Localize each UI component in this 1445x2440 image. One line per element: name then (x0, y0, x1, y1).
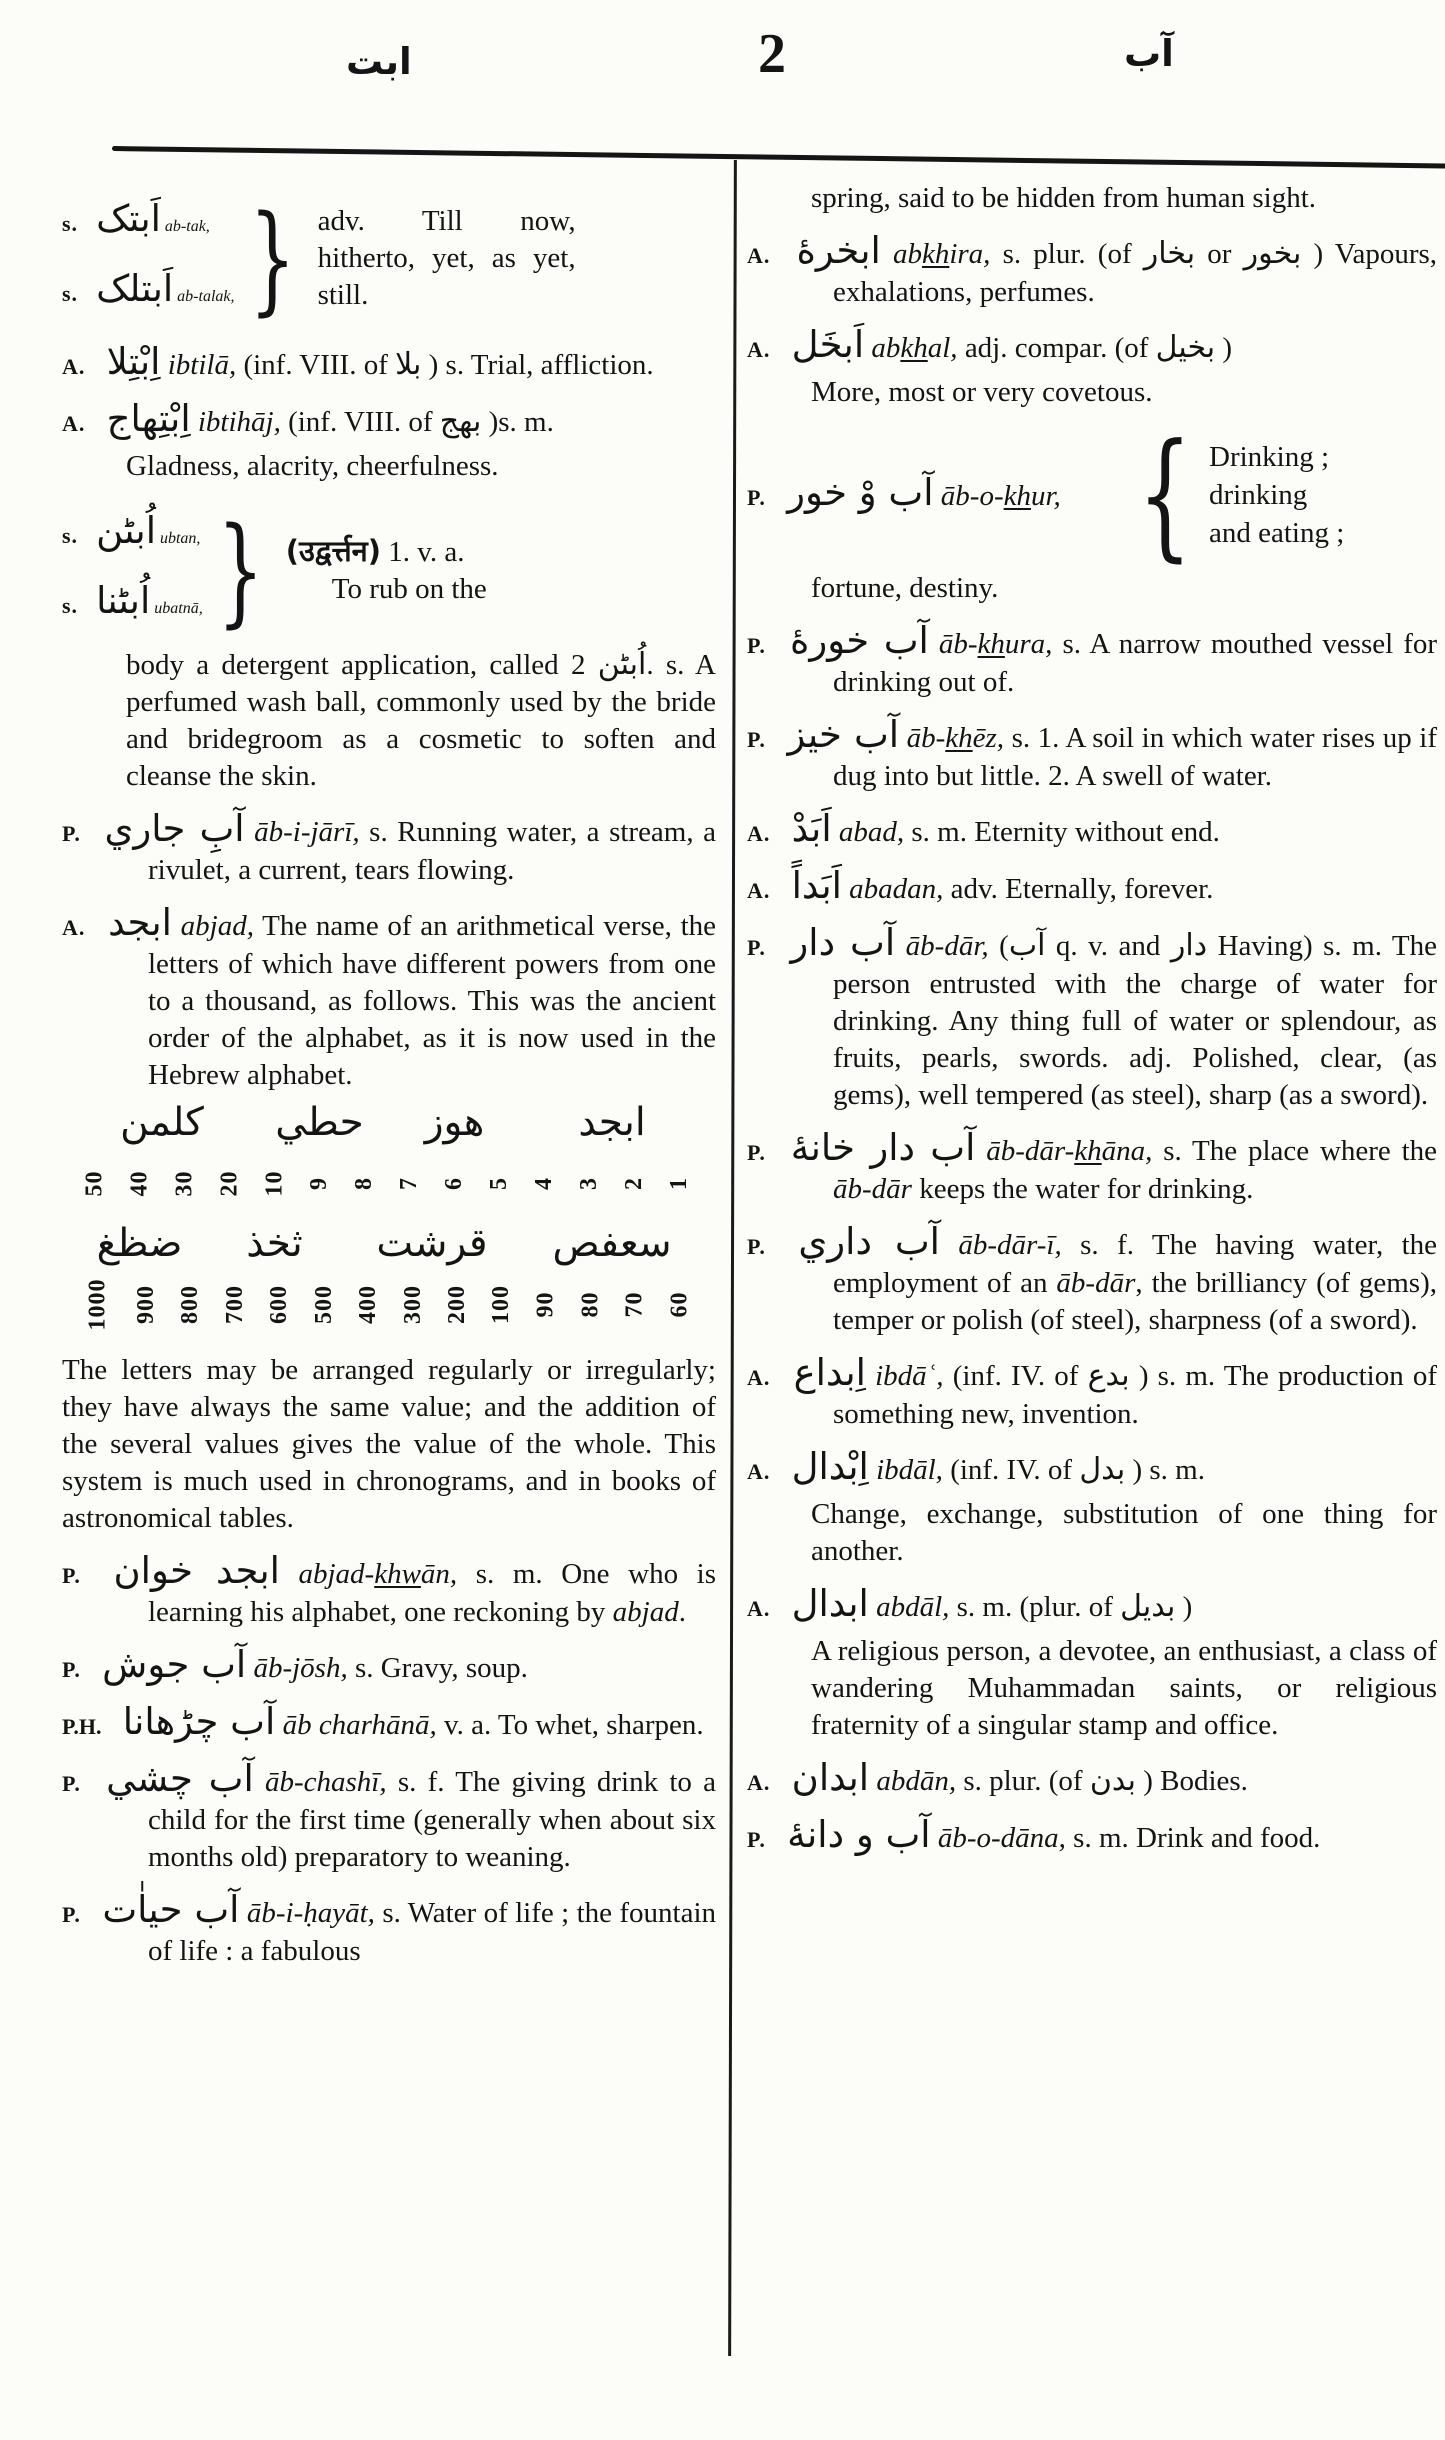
entry-transliteration: abkhira, (893, 238, 990, 270)
entry-transliteration: ubatnā, (154, 600, 202, 617)
dictionary-entry: A. ابخرهٔ abkhira, s. plur. (of بخار or … (747, 232, 1437, 311)
entry-inline-arabic: دار (1171, 928, 1207, 963)
entry-headword-arabic: اِبْدال (792, 1445, 869, 1488)
abjad-word: ضظغ (72, 1221, 207, 1266)
entry-language-label: A. (62, 411, 99, 436)
entry-headword-arabic: آب وْ خور (787, 471, 933, 514)
dictionary-entry: A. اِبداع ibdāʿ, (inf. IV. of بدع ) s. m… (747, 1354, 1437, 1433)
dictionary-entry: A. ابدال abdāl, s. m. (plur. of بديل ) (747, 1585, 1437, 1627)
abjad-value: 70 (622, 1291, 649, 1317)
entry-language-label: A. (747, 1596, 784, 1621)
entry-transliteration: abad, (839, 816, 904, 848)
entry-text: s. m. (plur. of (957, 1591, 1113, 1623)
header-catchword-left: ابت (346, 40, 412, 83)
entry-inline-arabic: بخار (1144, 236, 1195, 271)
entry-text: (inf. VIII. of (288, 406, 432, 438)
entry-headword-arabic: اِبْتِلا (107, 340, 161, 383)
entry-language-label: A. (747, 1459, 784, 1484)
entry-text: ( (999, 930, 1009, 962)
entry-definition: s. m. Eternity without end. (911, 816, 1220, 848)
abjad-value: 5 (486, 1177, 513, 1190)
entry-headword-arabic: ابدان (792, 1756, 869, 1799)
entry-definition: s. Gravy, soup. (355, 1652, 528, 1684)
abjad-word: ابجد (522, 1100, 702, 1145)
entry-transliteration: āb-chashī, (265, 1766, 387, 1798)
entry-text: ) (1222, 332, 1232, 364)
entry-headword-arabic: اَبتلک (96, 267, 173, 310)
entry-headword-arabic: آب چشي (106, 1757, 254, 1800)
dictionary-entry: P. ابجد خوان abjad-khwān, s. m. One who … (62, 1552, 716, 1631)
entry-definition: A religious person, a devotee, an enthus… (747, 1633, 1437, 1744)
entry-inline-arabic: بلا (395, 347, 421, 382)
entry-headword-arabic: ابدال (792, 1582, 869, 1625)
abjad-words-row2: ضظغ ثخذ قرشت سعفص (72, 1221, 702, 1266)
entry-language-label: s. (62, 593, 92, 618)
header-catchword-right: آب (1124, 32, 1174, 75)
abjad-value: 90 (533, 1291, 560, 1317)
entry-language-label: A. (747, 337, 784, 362)
entry-transliteration: āb-dār-khāna, (986, 1135, 1152, 1167)
entry-transliteration: ab-talak, (177, 288, 234, 305)
entry-language-label: A. (747, 1770, 784, 1795)
entry-headword-arabic: اُبٹنا (96, 579, 150, 622)
entry-language-label: A. (747, 821, 784, 846)
entry-text: keeps the water for drinking. (919, 1173, 1253, 1205)
entry-headword-arabic: اَبَدْ (792, 807, 832, 850)
dictionary-entry: A. ابدان abdān, s. plur. (of بدن ) Bodie… (747, 1759, 1437, 1801)
entry-transliteration: āb-i-jārī, (254, 816, 360, 848)
abjad-value: 400 (355, 1285, 382, 1324)
entry-transliteration: abdān, (876, 1765, 956, 1797)
abjad-value: 7 (396, 1177, 423, 1190)
entry-text: (inf. IV. of (950, 1454, 1072, 1486)
page-number: 2 (758, 22, 786, 86)
abjad-value: 4 (531, 1177, 558, 1190)
dictionary-entry: P. آب و دانهٔ āb-o-dāna, s. m. Drink and… (747, 1816, 1437, 1858)
abjad-value: 6 (441, 1177, 468, 1190)
entry-language-label: A. (62, 915, 99, 940)
entry-language-label: P. (62, 1657, 95, 1682)
dictionary-entry: A. ابجد abjad, The name of an arithmetic… (62, 904, 716, 1094)
entry-italic-term: āb-dār (833, 1173, 912, 1205)
entry-headword-arabic: اَبتک (96, 197, 161, 240)
abjad-value: 300 (400, 1285, 427, 1324)
entry-language-label: s. (62, 211, 92, 236)
entry-definition: Gladness, alacrity, cheerfulness. (62, 448, 716, 485)
entry-text: To rub on the (286, 571, 487, 608)
entry-language-label: P.H. (62, 1714, 116, 1739)
entry-transliteration: ibtilā, (168, 349, 236, 381)
dictionary-entry: P. آب داري āb-dār-ī, s. f. The having wa… (747, 1223, 1437, 1339)
dictionary-entry: P. آب چشي āb-chashī, s. f. The giving dr… (62, 1760, 716, 1876)
entry-transliteration: ibdāl, (876, 1454, 943, 1486)
entry-headword-arabic: آب جوش (102, 1643, 246, 1686)
dictionary-entry: A. اَبَدْ abad, s. m. Eternity without e… (747, 810, 1437, 852)
column-divider (728, 160, 737, 2356)
dictionary-entry: s. اَبتک ab-tak, s. اَبتلک ab-talak, } a… (62, 188, 716, 328)
abjad-value: 1 (666, 1177, 693, 1190)
entry-inline-arabic: بخيل (1156, 330, 1216, 365)
entry-headword-arabic: ابخرهٔ (797, 229, 881, 272)
dictionary-entry: P. آب دار āb-dār, (آب q. v. and دار Havi… (747, 924, 1437, 1114)
entry-transliteration: ibtihāj, (198, 406, 281, 438)
entry-language-label: A. (62, 354, 99, 379)
entry-definition: adv. Eternally, forever. (951, 873, 1214, 905)
entry-headword-arabic: آب چڑھانا (123, 1700, 276, 1743)
devanagari-gloss: (उद्वर्त्तन) (286, 534, 381, 568)
entry-language-label: A. (747, 878, 784, 903)
entry-text: (inf. IV. of (953, 1360, 1079, 1392)
entry-transliteration: āb-o-khur, (941, 480, 1061, 512)
entry-language-label: P. (62, 821, 95, 846)
entry-language-label: A. (747, 243, 784, 268)
abjad-word: ثخذ (207, 1221, 342, 1266)
abjad-value: 600 (266, 1285, 293, 1324)
entry-language-label: P. (747, 935, 780, 960)
entry-headword-arabic: اَبخَل (792, 323, 864, 366)
dictionary-entry: P.H. آب چڑھانا āb charhānā, v. a. To whe… (62, 1703, 716, 1745)
dictionary-entry: P. آب خورهٔ āb-khura, s. A narrow mouthe… (747, 622, 1437, 701)
entry-transliteration: āb-dār-ī, (958, 1229, 1061, 1261)
dictionary-entry: s. اُبٹن ubtan, s. اُبٹنا ubatnā, } (उद्… (62, 500, 716, 640)
entry-headword-arabic: اِبْتِهاج (107, 397, 191, 440)
entry-definition: Change, exchange, substitution of one th… (747, 1496, 1437, 1570)
entry-transliteration: abjad-khwān, (298, 1558, 457, 1590)
entry-text: s. plur. (of (963, 1765, 1082, 1797)
entry-headword-arabic: آب دار (790, 921, 895, 964)
entry-definition: More, most or very covetous. (747, 374, 1437, 411)
entry-inline-arabic: آب (1009, 928, 1046, 963)
abjad-value: 900 (133, 1285, 160, 1324)
entry-text: )s. m. (489, 406, 554, 438)
entry-inline-arabic: بدل (1079, 1452, 1125, 1487)
entry-italic-term: abjad (613, 1596, 679, 1628)
entry-text: ) s. Trial, affliction. (429, 349, 654, 381)
dictionary-entry: A. اَبَداً abadan, adv. Eternally, forev… (747, 867, 1437, 909)
header-rule (112, 146, 1445, 168)
abjad-value: 8 (351, 1177, 378, 1190)
entry-headword-arabic: آب و دانهٔ (787, 1813, 930, 1856)
entry-inline-arabic: بخور (1244, 236, 1302, 271)
entry-definition: fortune, destiny. (747, 570, 1437, 607)
brace: } (249, 199, 296, 317)
entry-definition: and eating ; (1209, 517, 1344, 549)
entry-language-label: P. (747, 633, 780, 658)
abjad-word: كلمن (72, 1100, 252, 1145)
dictionary-entry: A. اِبْتِلا ibtilā, (inf. VIII. of بلا )… (62, 343, 716, 385)
abjad-value: 60 (666, 1291, 693, 1317)
abjad-word: قرشت (342, 1221, 522, 1266)
entry-text: ) Bodies. (1143, 1765, 1248, 1797)
abjad-value: 80 (577, 1291, 604, 1317)
entry-transliteration: abdāl, (876, 1591, 949, 1623)
entry-headword-arabic: آب خيز (787, 713, 899, 756)
entry-language-label: P. (747, 1827, 780, 1852)
right-column: spring, said to be hidden from human sig… (747, 180, 1437, 1873)
entry-definition: adv. Till now, hitherto, yet, as yet, st… (318, 203, 576, 314)
abjad-value: 800 (177, 1285, 204, 1324)
brace: } (217, 511, 264, 629)
entry-text: q. v. and (1056, 930, 1160, 962)
entry-text: or (1207, 238, 1231, 270)
entry-language-label: P. (62, 1563, 95, 1588)
abjad-value: 2 (621, 1177, 648, 1190)
entry-language-label: s. (62, 281, 92, 306)
entry-text: ) (1183, 1591, 1193, 1623)
entry-headword-arabic: آب داري (798, 1220, 940, 1263)
entry-language-label: P. (747, 1234, 780, 1259)
entry-definition: v. a. To whet, sharpen. (444, 1709, 704, 1741)
entry-language-label: A. (747, 1365, 784, 1390)
abjad-values-row1: 50 40 30 20 10 9 8 7 6 5 4 3 2 1 (72, 1145, 702, 1221)
entry-transliteration: ab-tak, (165, 218, 210, 235)
entry-definition: drinking (1209, 479, 1307, 511)
dictionary-entry: P. آب وْ خور āb-o-khur, { Drinking ; dri… (747, 426, 1437, 564)
entry-text: s. The place where the (1163, 1135, 1437, 1167)
entry-language-label: P. (747, 1140, 780, 1165)
entry-text: (inf. VIII. of (243, 349, 387, 381)
entry-inline-arabic: بدن (1090, 1763, 1136, 1798)
entry-definition: s. m. Drink and food. (1073, 1822, 1320, 1854)
dictionary-entry: A. اِبْدال ibdāl, (inf. IV. of بدل ) s. … (747, 1448, 1437, 1490)
entry-definition: body a detergent application, called اُب… (62, 646, 716, 795)
abjad-values-row2: 1000 900 800 700 600 500 400 300 200 100… (72, 1266, 702, 1342)
entry-inline-arabic: بهج (440, 404, 482, 439)
abjad-value: 3 (576, 1177, 603, 1190)
left-column: s. اَبتک ab-tak, s. اَبتلک ab-talak, } a… (62, 188, 716, 1985)
entry-language-label: P. (747, 485, 780, 510)
entry-headword-arabic: ابجد خوان (114, 1549, 280, 1592)
dictionary-entry: A. اِبْتِهاج ibtihāj, (inf. VIII. of بهج… (62, 400, 716, 442)
entry-transliteration: āb-khēz, (907, 722, 1004, 754)
abjad-word: سعفص (522, 1221, 702, 1266)
dictionary-entry: P. آب دار خانهٔ āb-dār-khāna, s. The pla… (747, 1129, 1437, 1208)
entry-headword-arabic: آبِ جاري (104, 807, 244, 850)
entry-transliteration: abkhal, (871, 332, 957, 364)
dictionary-entry: P. آب جوش āb-jōsh, s. Gravy, soup. (62, 1646, 716, 1688)
entry-headword-arabic: آب خورهٔ (790, 619, 929, 662)
entry-transliteration: abadan, (849, 873, 943, 905)
dictionary-entry: P. آب حياٰت āb-i-ḥayāt, s. Water of life… (62, 1891, 716, 1970)
entry-headword-arabic: اُبٹن (96, 509, 156, 552)
abjad-value: 9 (306, 1177, 333, 1190)
dictionary-entry: P. آب خيز āb-khēz, s. 1. A soil in which… (747, 716, 1437, 795)
dictionary-entry: P. آبِ جاري āb-i-jārī, s. Running water,… (62, 810, 716, 889)
dictionary-entry: A. اَبخَل abkhal, adj. compar. (of بخيل … (747, 326, 1437, 368)
entry-transliteration: āb charhānā, (283, 1709, 437, 1741)
entry-continuation: spring, said to be hidden from human sig… (747, 180, 1437, 217)
entry-transliteration: āb-dār, (906, 930, 989, 962)
entry-headword-arabic: اَبَداً (792, 864, 842, 907)
entry-headword-arabic: اِبداع (794, 1351, 866, 1394)
entry-transliteration: āb-o-dāna, (938, 1822, 1066, 1854)
abjad-value: 50 (81, 1170, 108, 1196)
abjad-value: 100 (488, 1285, 515, 1324)
entry-text: s. plur. (of (1003, 238, 1132, 270)
entry-definition: Drinking ; (1209, 441, 1329, 473)
entry-transliteration: āb-jōsh, (253, 1652, 347, 1684)
entry-headword-arabic: ابجد (108, 901, 172, 944)
explanatory-paragraph: The letters may be arranged regularly or… (62, 1352, 716, 1537)
entry-inline-arabic: اُبٹن (598, 647, 647, 682)
abjad-word: حطي (252, 1100, 387, 1145)
entry-text: ) s. m. (1132, 1454, 1205, 1486)
entry-italic-term: āb-dār (1056, 1267, 1135, 1299)
entry-inline-arabic: بدع (1088, 1358, 1130, 1393)
abjad-value: 20 (216, 1170, 243, 1196)
abjad-value: 500 (311, 1285, 338, 1324)
entry-language-label: P. (62, 1771, 95, 1796)
abjad-value: 700 (222, 1285, 249, 1324)
abjad-value: 10 (261, 1170, 288, 1196)
brace: { (1138, 426, 1192, 564)
entry-headword-arabic: آب دار خانهٔ (791, 1126, 976, 1169)
abjad-value: 40 (126, 1170, 153, 1196)
abjad-word: هوز (387, 1100, 522, 1145)
abjad-value: 1000 (85, 1278, 112, 1330)
abjad-table: كلمن حطي هوز ابجد 50 40 30 20 10 9 8 7 6… (72, 1100, 702, 1342)
entry-headword-arabic: آب حياٰت (102, 1888, 239, 1931)
entry-language-label: P. (747, 727, 780, 752)
entry-transliteration: ubtan, (160, 530, 200, 547)
entry-transliteration: āb-i-ḥayāt, (247, 1897, 375, 1929)
entry-grammar: 1. v. a. (388, 536, 464, 568)
entry-transliteration: abjad, (181, 910, 254, 942)
dictionary-page: ابت 2 آب s. اَبتک ab-tak, s. اَبتلک ab-t… (0, 0, 1445, 2440)
entry-transliteration: āb-khura, (939, 628, 1053, 660)
entry-transliteration: ibdāʿ, (875, 1360, 943, 1392)
entry-text: adj. compar. (of (965, 332, 1149, 364)
entry-language-label: s. (62, 523, 92, 548)
abjad-value: 30 (171, 1170, 198, 1196)
entry-inline-arabic: بديل (1120, 1589, 1175, 1624)
abjad-words-row1: كلمن حطي هوز ابجد (72, 1100, 702, 1145)
abjad-value: 200 (444, 1285, 471, 1324)
entry-language-label: P. (62, 1902, 95, 1927)
